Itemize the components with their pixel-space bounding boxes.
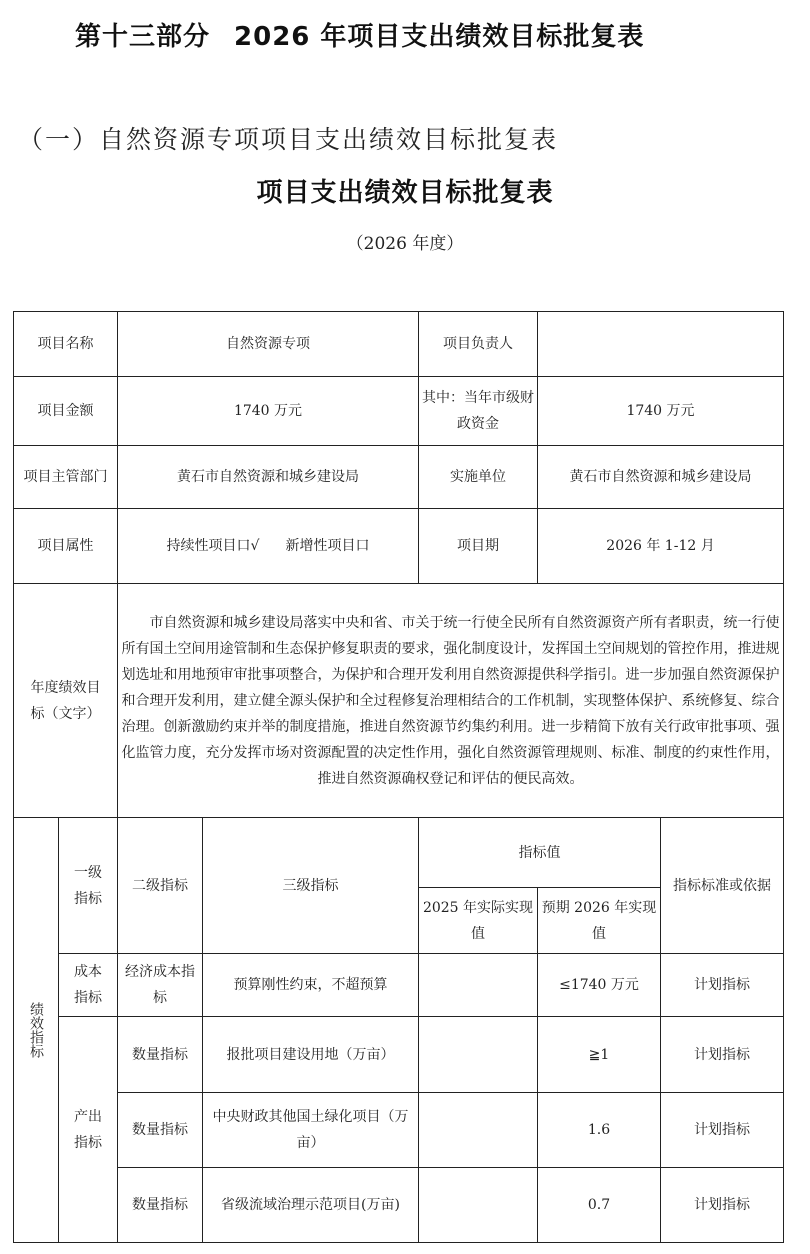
- period-label: 项目期: [419, 509, 538, 584]
- row-level3: 报批项目建设用地（万亩）: [203, 1017, 419, 1093]
- row-level3: 预算刚性约束，不超预算: [203, 954, 419, 1017]
- part-title-text: 2026 年项目支出绩效目标批复表: [234, 22, 644, 52]
- amount-label: 项目金额: [14, 377, 118, 446]
- table-row: 数量指标 中央财政其他国土绿化项目（万亩） 1.6 计划指标: [14, 1093, 784, 1168]
- row-basis: 计划指标: [661, 1017, 784, 1093]
- row-project-name: 项目名称 自然资源专项 项目负责人: [14, 312, 784, 377]
- project-name-label: 项目名称: [14, 312, 118, 377]
- attr-continuing: 持续性项目口√: [167, 538, 260, 554]
- row-level1: 产出指标: [59, 1017, 118, 1243]
- table-row: 数量指标 省级流域治理示范项目(万亩) 0.7 计划指标: [14, 1168, 784, 1243]
- impl-label: 实施单位: [419, 446, 538, 509]
- row-annual-goal: 年度绩效目标（文字） 市自然资源和城乡建设局落实中央和省、市关于统一行使全民所有…: [14, 584, 784, 818]
- performance-table: 项目名称 自然资源专项 项目负责人 项目金额 1740 万元 其中：当年市级财政…: [13, 311, 784, 1243]
- row-actual-2025: [419, 1093, 538, 1168]
- row-level2: 数量指标: [118, 1093, 203, 1168]
- part-title: 第十三部分2026 年项目支出绩效目标批复表: [75, 16, 644, 53]
- leader-label: 项目负责人: [419, 312, 538, 377]
- part-title-prefix: 第十三部分: [75, 22, 210, 52]
- header-actual-2025: 2025 年实际实现值: [419, 888, 538, 954]
- dept-label: 项目主管部门: [14, 446, 118, 509]
- row-level3: 省级流域治理示范项目(万亩): [203, 1168, 419, 1243]
- row-actual-2025: [419, 1017, 538, 1093]
- city-funds-value: 1740 万元: [538, 377, 784, 446]
- header-expected-2026: 预期 2026 年实现值: [538, 888, 661, 954]
- row-basis: 计划指标: [661, 954, 784, 1017]
- row-project-amount: 项目金额 1740 万元 其中：当年市级财政资金 1740 万元: [14, 377, 784, 446]
- row-basis: 计划指标: [661, 1093, 784, 1168]
- city-funds-label: 其中：当年市级财政资金: [419, 377, 538, 446]
- table-row: 成本指标 经济成本指标 预算刚性约束，不超预算 ≤1740 万元 计划指标: [14, 954, 784, 1017]
- header-value-group: 指标值: [419, 818, 661, 888]
- row-actual-2025: [419, 1168, 538, 1243]
- indicators-section-label: 绩效指标: [14, 818, 59, 1243]
- row-expected-2026: ≧1: [538, 1017, 661, 1093]
- header-level3: 三级指标: [203, 818, 419, 954]
- period-value: 2026 年 1-12 月: [538, 509, 784, 584]
- row-department: 项目主管部门 黄石市自然资源和城乡建设局 实施单位 黄石市自然资源和城乡建设局: [14, 446, 784, 509]
- header-basis: 指标标准或依据: [661, 818, 784, 954]
- row-level2: 数量指标: [118, 1168, 203, 1243]
- row-level2: 经济成本指标: [118, 954, 203, 1017]
- row-expected-2026: 0.7: [538, 1168, 661, 1243]
- year-label: （2026 年度）: [0, 229, 810, 254]
- attr-label: 项目属性: [14, 509, 118, 584]
- header-level2: 二级指标: [118, 818, 203, 954]
- row-level1: 成本指标: [59, 954, 118, 1017]
- row-level2: 数量指标: [118, 1017, 203, 1093]
- annual-goal-paragraph: 市自然资源和城乡建设局落实中央和省、市关于统一行使全民所有自然资源资产所有者职责…: [122, 615, 780, 787]
- amount-value: 1740 万元: [118, 377, 419, 446]
- row-level3: 中央财政其他国土绿化项目（万亩）: [203, 1093, 419, 1168]
- impl-value: 黄石市自然资源和城乡建设局: [538, 446, 784, 509]
- annual-goal-text: 市自然资源和城乡建设局落实中央和省、市关于统一行使全民所有自然资源资产所有者职责…: [118, 584, 784, 818]
- row-expected-2026: 1.6: [538, 1093, 661, 1168]
- attr-value: 持续性项目口√新增性项目口: [118, 509, 419, 584]
- attr-new: 新增性项目口: [285, 538, 369, 554]
- row-actual-2025: [419, 954, 538, 1017]
- leader-value: [538, 312, 784, 377]
- table-row: 产出指标 数量指标 报批项目建设用地（万亩） ≧1 计划指标: [14, 1017, 784, 1093]
- section-title: （一）自然资源专项项目支出绩效目标批复表: [18, 120, 558, 156]
- dept-value: 黄石市自然资源和城乡建设局: [118, 446, 419, 509]
- table-title: 项目支出绩效目标批复表: [0, 172, 810, 209]
- row-basis: 计划指标: [661, 1168, 784, 1243]
- indicator-header-row-1: 绩效指标 一级指标 二级指标 三级指标 指标值 指标标准或依据: [14, 818, 784, 888]
- row-attributes: 项目属性 持续性项目口√新增性项目口 项目期 2026 年 1-12 月: [14, 509, 784, 584]
- header-level1: 一级指标: [59, 818, 118, 954]
- annual-goal-label: 年度绩效目标（文字）: [14, 584, 118, 818]
- row-expected-2026: ≤1740 万元: [538, 954, 661, 1017]
- project-name-value: 自然资源专项: [118, 312, 419, 377]
